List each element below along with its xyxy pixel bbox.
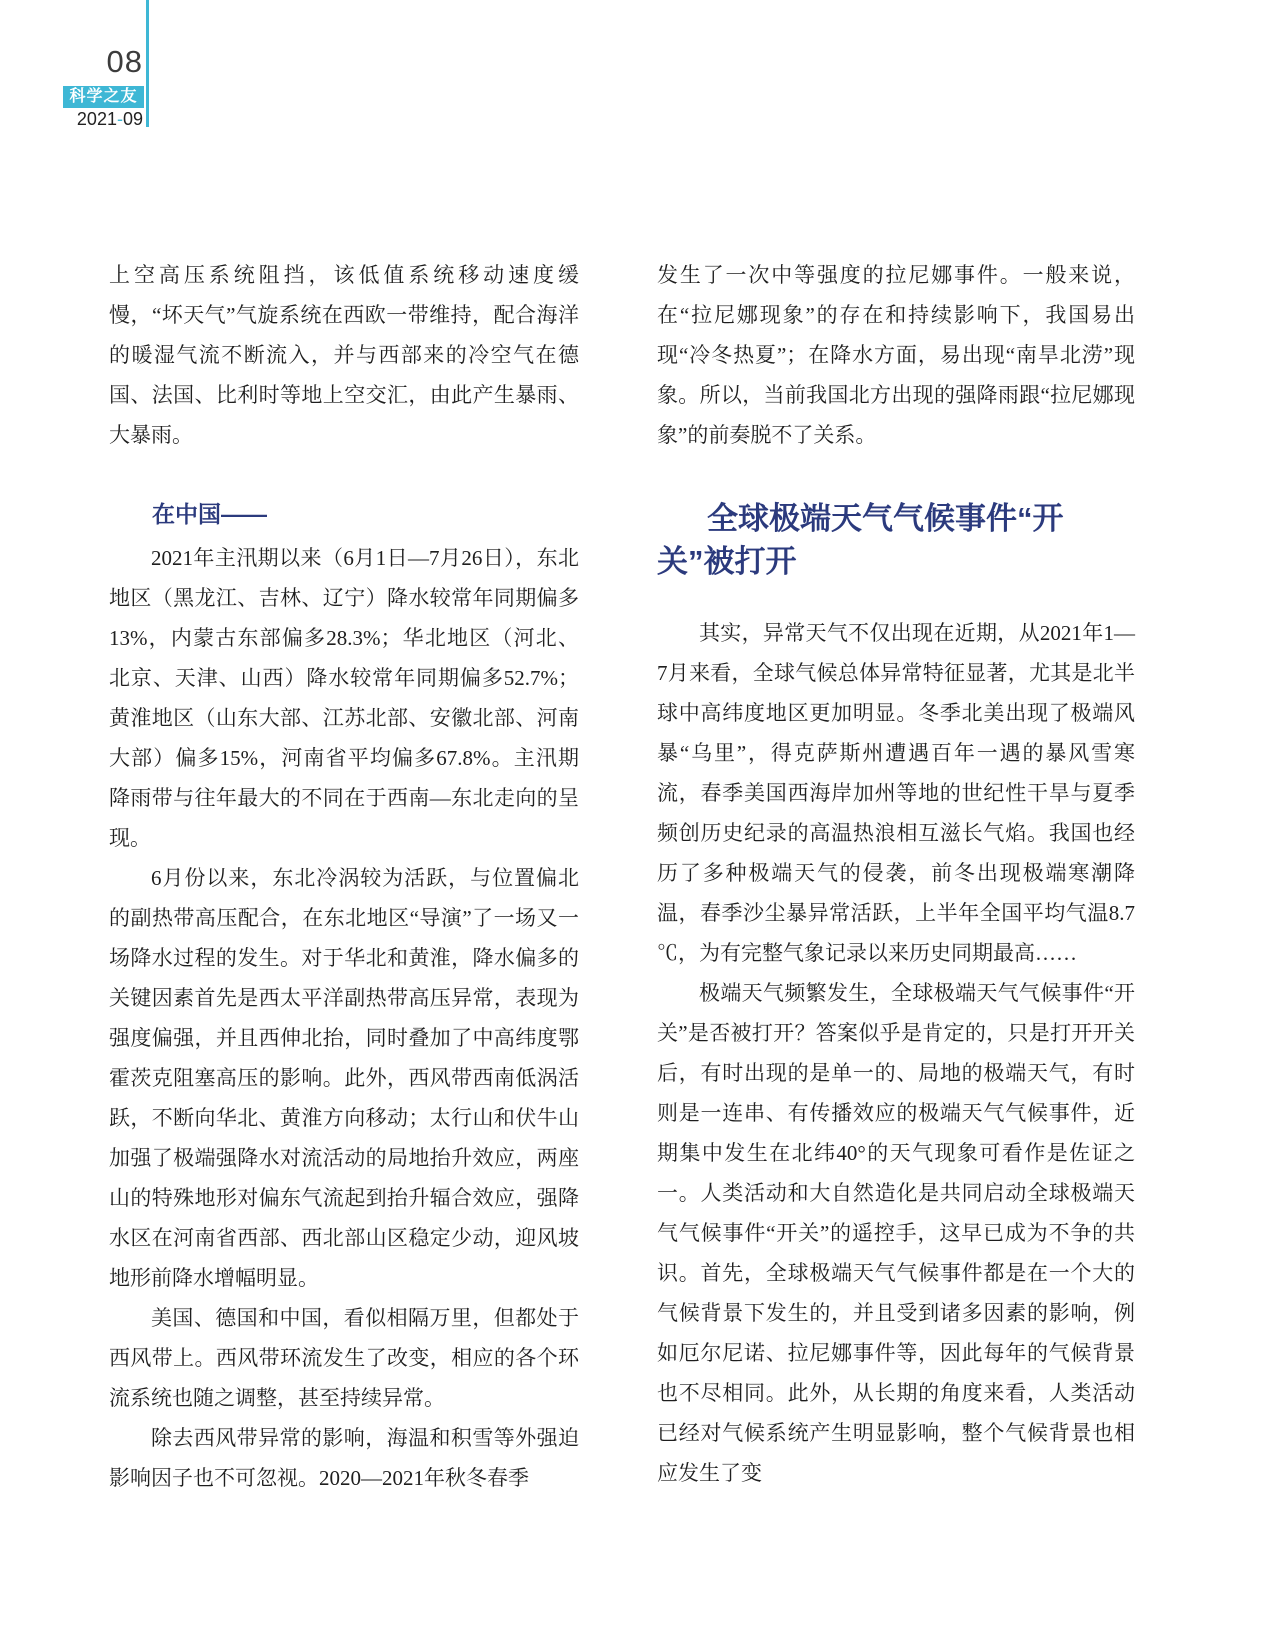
issue-month: 09	[123, 109, 143, 129]
page-number: 08	[0, 46, 143, 78]
right-intro-paragraph: 发生了一次中等强度的拉尼娜事件。一般来说，在“拉尼娜现象”的存在和持续影响下，我…	[657, 255, 1135, 455]
column-right: 发生了一次中等强度的拉尼娜事件。一般来说，在“拉尼娜现象”的存在和持续影响下，我…	[657, 255, 1135, 1493]
issue-year: 2021	[77, 109, 117, 129]
left-intro-paragraph: 上空高压系统阻挡，该低值系统移动速度缓慢，“坏天气”气旋系统在西欧一带维持，配合…	[109, 255, 579, 455]
column-left: 上空高压系统阻挡，该低值系统移动速度缓慢，“坏天气”气旋系统在西欧一带维持，配合…	[109, 255, 579, 1498]
issue-date: 2021-09	[0, 109, 143, 129]
accent-vertical-rule	[146, 0, 149, 127]
magazine-name-badge: 科学之友	[63, 86, 144, 108]
section-heading-global-switch: 全球极端天气气候事件“开关”被打开	[657, 497, 1135, 583]
magazine-page: 08 科学之友 2021-09 上空高压系统阻挡，该低值系统移动速度缓慢，“坏天…	[0, 0, 1270, 1642]
left-paragraph-2: 6月份以来，东北冷涡较为活跃，与位置偏北的副热带高压配合，在东北地区“导演”了一…	[109, 858, 579, 1298]
left-paragraph-3: 美国、德国和中国，看似相隔万里，但都处于西风带上。西风带环流发生了改变，相应的各…	[109, 1298, 579, 1418]
right-paragraph-1: 其实，异常天气不仅出现在近期，从2021年1—7月来看，全球气候总体异常特征显著…	[657, 613, 1135, 973]
section-heading-in-china: 在中国——	[109, 494, 579, 534]
right-paragraph-2: 极端天气频繁发生，全球极端天气气候事件“开关”是否被打开？答案似乎是肯定的，只是…	[657, 973, 1135, 1493]
left-paragraph-4: 除去西风带异常的影响，海温和积雪等外强迫影响因子也不可忽视。2020—2021年…	[109, 1418, 579, 1498]
left-paragraph-1: 2021年主汛期以来（6月1日—7月26日），东北地区（黑龙江、吉林、辽宁）降水…	[109, 538, 579, 858]
